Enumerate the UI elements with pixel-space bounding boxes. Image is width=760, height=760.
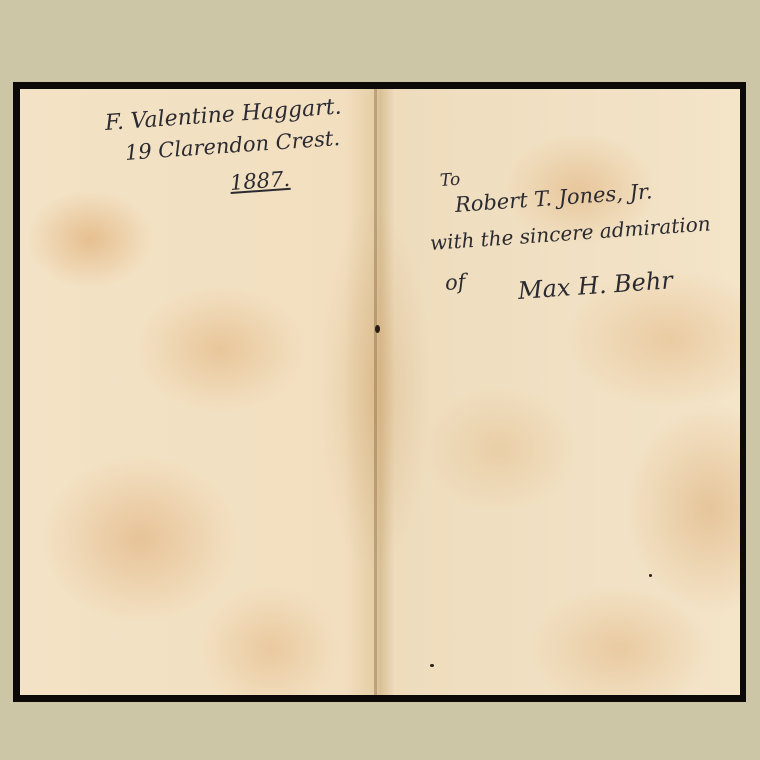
left-inscription-date: 1887. [229, 167, 291, 195]
right-inscription-recipient: Robert T. Jones, Jr. [454, 179, 653, 217]
ink-spot [430, 664, 434, 667]
right-inscription-of: of [444, 270, 466, 295]
right-inscription-signature: Max H. Behr [517, 266, 674, 305]
open-book: F. Valentine Haggart. 19 Clarendon Crest… [20, 89, 740, 695]
book-spine [374, 89, 377, 695]
right-inscription-message: with the sincere admiration [429, 211, 711, 255]
ink-spot [649, 574, 652, 577]
right-inscription-to: To [439, 170, 461, 191]
ink-spot [375, 325, 380, 333]
